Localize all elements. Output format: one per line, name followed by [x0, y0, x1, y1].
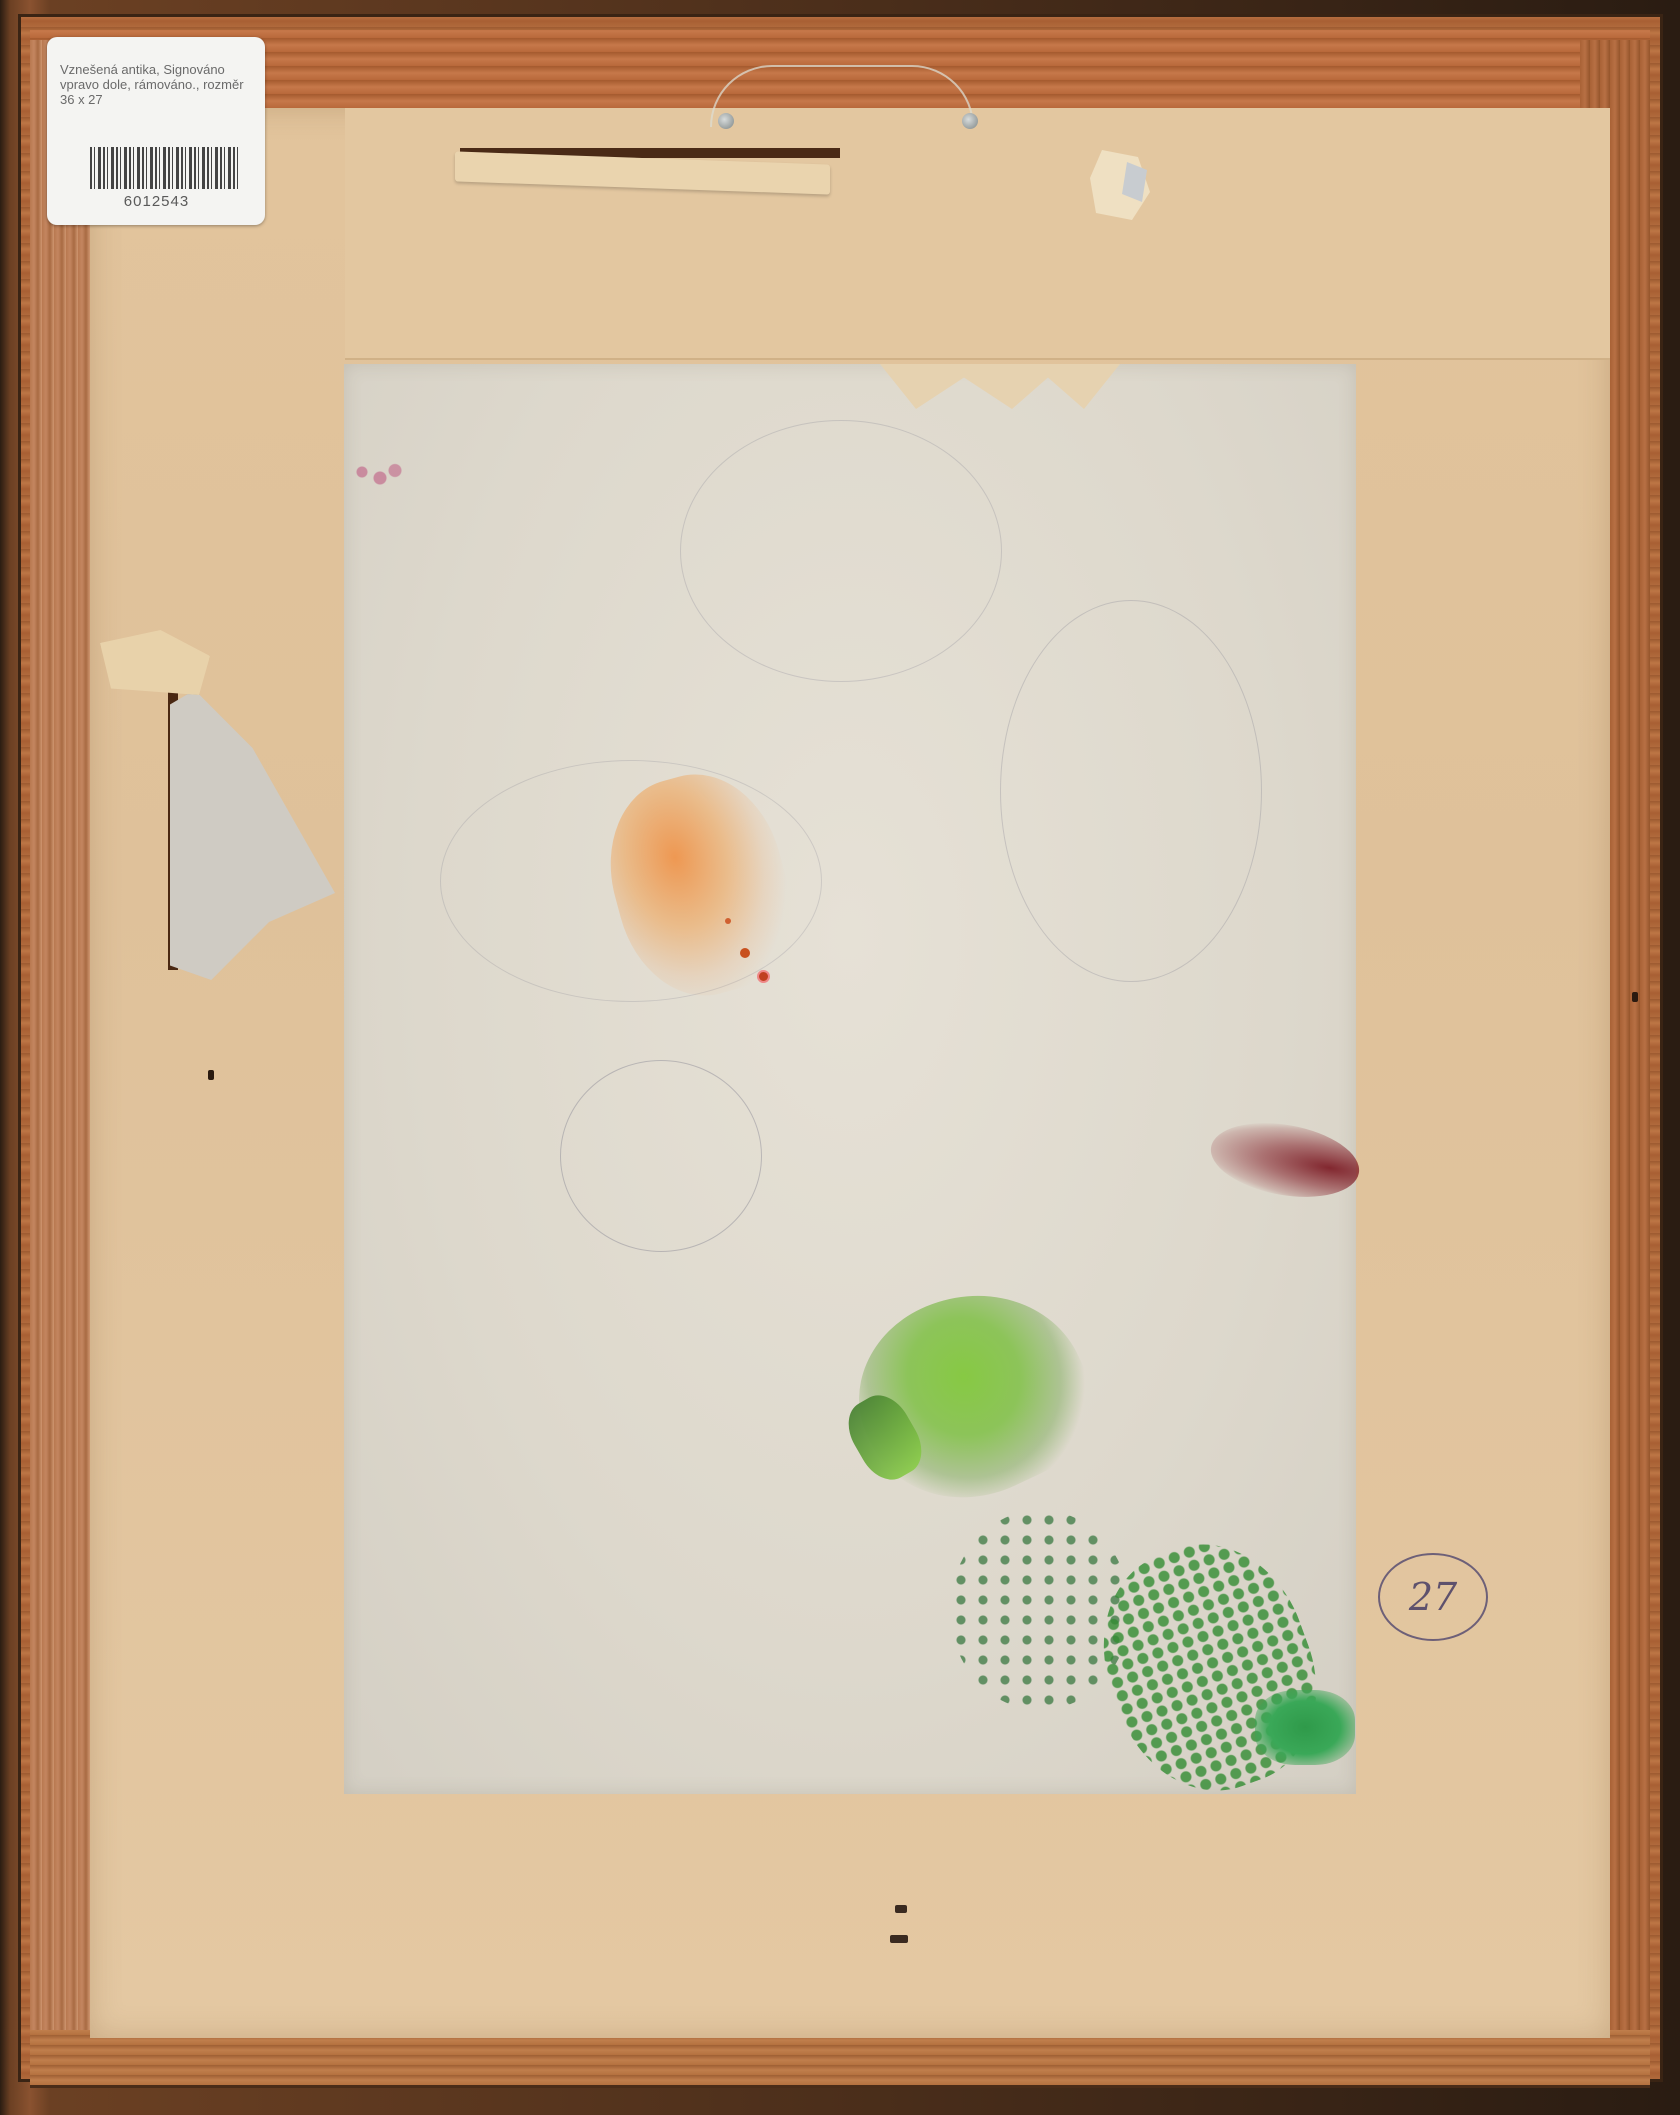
- pink-paint-marks: [350, 460, 410, 490]
- inventory-label: Vznešená antika, Signováno vpravo dole, …: [47, 37, 265, 225]
- top-paper-tape: [345, 108, 1610, 360]
- paint-dot: [740, 948, 750, 958]
- green-speckled-blotch: [950, 1510, 1130, 1710]
- screw-eye-icon: [962, 113, 978, 129]
- paint-dot: [725, 918, 731, 924]
- green-paint-blotch: [1255, 1690, 1355, 1765]
- pencil-sketch-line: [560, 1060, 762, 1252]
- barcode-icon: [90, 147, 240, 189]
- frame-bottom-rail: [30, 2030, 1650, 2088]
- screw-eye-icon: [718, 113, 734, 129]
- staple-hole: [895, 1905, 907, 1913]
- circled-number-text: 27: [1409, 1575, 1457, 1619]
- paint-dot: [757, 970, 770, 983]
- hanging-wire-icon: [710, 65, 974, 127]
- handwritten-circled-number: 27: [1378, 1553, 1488, 1641]
- pencil-sketch-line: [1000, 600, 1262, 982]
- pencil-sketch-line: [680, 420, 1002, 682]
- nail-mark: [208, 1070, 214, 1080]
- label-description: Vznešená antika, Signováno vpravo dole, …: [60, 62, 253, 107]
- barcode-number: 6012543: [60, 193, 253, 210]
- nail-mark: [1632, 992, 1638, 1002]
- staple-hole: [890, 1935, 908, 1943]
